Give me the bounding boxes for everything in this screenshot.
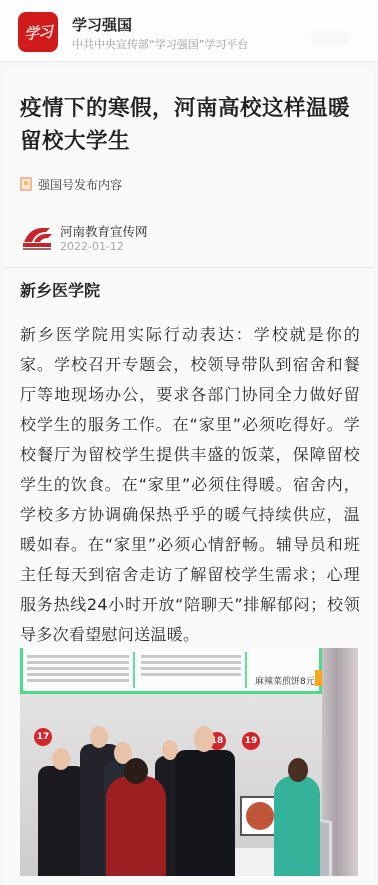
photo-person-head — [288, 758, 308, 782]
article-body: 新乡医学院用实际行动表达：学校就是你的家。学校召开专题会，校领导带队到宿舍和餐厅… — [20, 320, 360, 650]
app-name: 学习强国 — [72, 14, 132, 35]
photo-person-green-coat — [274, 776, 320, 876]
photo-person-head — [52, 748, 70, 770]
source-tag: 强国号发布内容 — [20, 176, 122, 192]
app-subtitle: 中共中央宣传部“学习强国”学习平台 — [72, 36, 248, 52]
section-heading: 新乡医学院 — [20, 278, 100, 301]
photo-person-red-coat — [106, 776, 166, 876]
photo-person — [38, 766, 86, 876]
article-title: 疫情下的寒假，河南高校这样温暖留校大学生 — [20, 92, 365, 158]
source-tag-label: 强国号发布内容 — [38, 176, 122, 193]
app-header-bar: 学习 学习强国 中共中央宣传部“学习强国”学习平台 — [0, 0, 378, 62]
publish-date: 2022-01-12 — [60, 240, 124, 253]
publisher-logo-icon — [20, 222, 54, 252]
photo-person — [175, 750, 235, 876]
article-photo[interactable]: 麻辣菜煎饼8元 17 18 19 — [20, 648, 358, 876]
open-app-button[interactable] — [310, 30, 350, 46]
photo-menu-board: 麻辣菜煎饼8元 — [20, 648, 322, 694]
xuexi-app-logo[interactable]: 学习 — [18, 12, 58, 52]
publisher-info[interactable]: 河南教育宣传网 2022-01-12 — [18, 218, 358, 258]
photo-person-head — [90, 726, 108, 748]
divider — [4, 267, 374, 268]
app-logo-text: 学习 — [23, 20, 53, 44]
photo-person-head — [124, 758, 148, 784]
window-number-badge: 17 — [34, 728, 52, 746]
photo-menu-price: 麻辣菜煎饼8元 — [255, 674, 315, 687]
photo-person-head — [194, 726, 214, 752]
publisher-name[interactable]: 河南教育宣传网 — [60, 222, 148, 240]
bookmark-badge-icon — [20, 177, 32, 191]
window-number-badge: 19 — [242, 732, 260, 750]
